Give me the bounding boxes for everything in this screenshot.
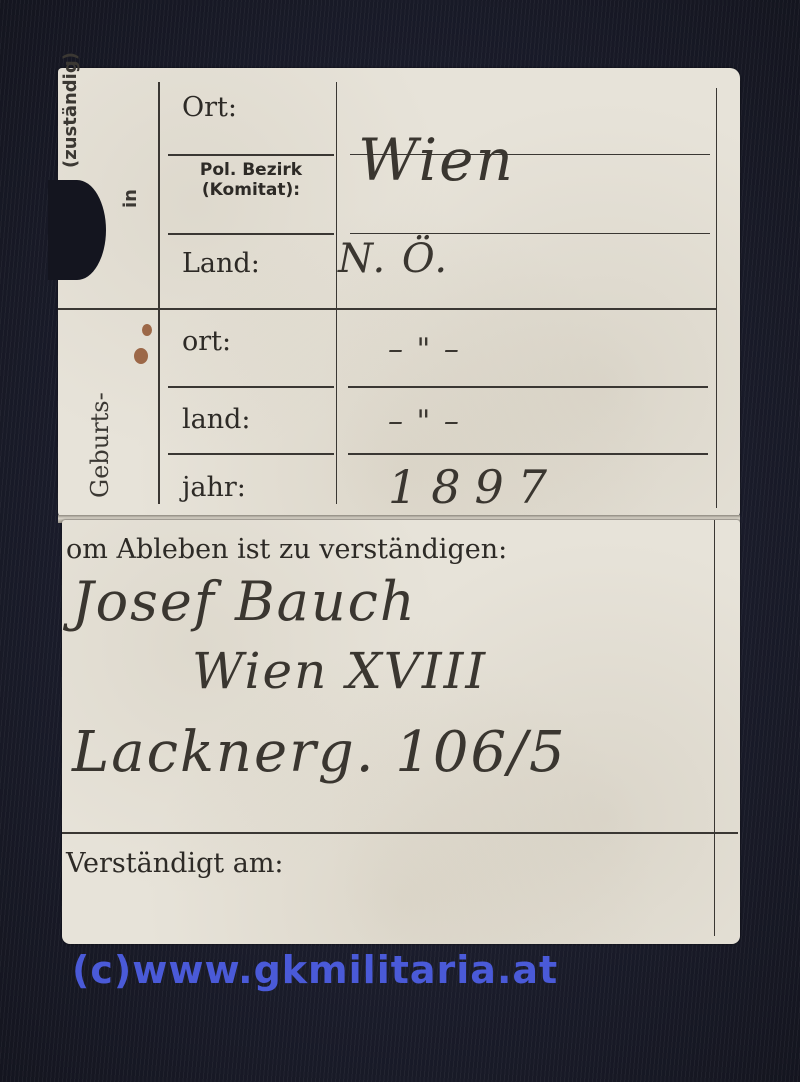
card-top-half: (zuständig) in Geburts- Ort: Pol. Bezirk… [58, 68, 740, 518]
side-label-heimat-fragment: (zuständig) [60, 52, 81, 168]
rust-stain [142, 324, 152, 336]
label-pol-bezirk: Pol. Bezirk (Komitat): [176, 160, 326, 200]
torn-notch [48, 180, 106, 280]
notified-label: Verständigt am: [66, 848, 284, 879]
value-geburtsland-handwritten: – " – [388, 404, 461, 439]
handwritten-street: Lacknerg. 106/5 [72, 720, 567, 785]
side-label-in: in [120, 189, 141, 208]
row-divider [348, 386, 708, 388]
notify-heading: om Ableben ist zu verständigen: [66, 534, 507, 565]
watermark-text: (c)www.gkmilitaria.at [72, 948, 558, 992]
rust-stain [134, 348, 148, 364]
label-geburtsland: land: [182, 404, 251, 435]
row-divider [350, 233, 710, 234]
row-divider [168, 386, 334, 388]
label-land: Land: [182, 248, 260, 279]
label-ort: Ort: [182, 92, 237, 123]
value-land-handwritten: N. Ö. [338, 236, 449, 282]
label-geburtsjahr: jahr: [182, 472, 246, 503]
row-divider [168, 233, 334, 235]
divider-value-column [336, 82, 337, 504]
row-divider [168, 453, 334, 455]
label-geburtsort: ort: [182, 326, 231, 357]
value-geburtsjahr-handwritten: 1897 [388, 460, 561, 514]
handwritten-name: Josef Bauch [72, 570, 417, 633]
card-bottom-half: om Ableben ist zu verständigen: Josef Ba… [62, 520, 740, 944]
section-divider [62, 832, 738, 834]
handwritten-city: Wien XVIII [192, 642, 487, 700]
section-divider [58, 308, 716, 310]
row-divider [168, 154, 334, 156]
row-divider [348, 453, 708, 455]
value-geburtsort-handwritten: – " – [388, 332, 461, 367]
divider-right-edge [714, 520, 715, 936]
value-ort-handwritten: Wien [358, 126, 515, 194]
divider-label-column [158, 82, 160, 504]
side-label-geburts: Geburts- [86, 392, 114, 498]
divider-right-edge [716, 88, 717, 508]
